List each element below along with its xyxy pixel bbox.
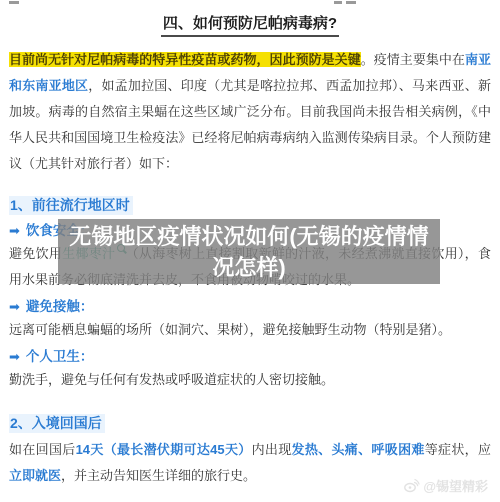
section-1-heading: 1、前往流行地区时	[9, 195, 491, 215]
weibo-icon	[403, 478, 420, 493]
gray-watermark-overlay: 无锡地区疫情状况如何(无锡的疫情情况怎样)	[58, 219, 440, 284]
weibo-handle: @锡望精彩	[423, 476, 488, 495]
weibo-watermark: @锡望精彩	[403, 476, 488, 495]
section-2-heading: 2、入境回国后	[9, 413, 491, 433]
return-text-2: 内出现	[252, 442, 292, 457]
avoid-contact-text: 远离可能栖息蝙蝠的场所（如洞穴、果树），避免接触野生动物（特别是猪）。	[9, 317, 491, 343]
page-title-text: 四、如何预防尼帕病毒病?	[161, 15, 339, 37]
highlighted-key-sentence: 目前尚无针对尼帕病毒的特异性疫苗或药物，因此预防是关键	[9, 52, 361, 67]
symptoms-text: 发热、头痛、呼吸困难	[292, 442, 425, 457]
watermark-overlay-text: 无锡地区疫情状况如何(无锡的疫情情况怎样)	[58, 221, 440, 283]
arrow-right-icon: ➡	[9, 299, 20, 314]
intro-mid-text: 。疫情主要集中在	[361, 52, 465, 67]
intro-paragraph: 目前尚无针对尼帕病毒的特异性疫苗或药物，因此预防是关键。疫情主要集中在南亚和东南…	[9, 47, 491, 177]
page-title: 四、如何预防尼帕病毒病?	[9, 0, 491, 33]
cropped-text-remnant	[346, 1, 356, 4]
return-text-1: 如在回国后	[9, 442, 76, 457]
return-text-3: 等症状，应	[425, 442, 491, 457]
cropped-text-remnant	[334, 1, 342, 4]
section-2-heading-text: 2、入境回国后	[9, 414, 105, 433]
return-text-4: ，并主动告知医生详细的旅行史。	[61, 468, 256, 483]
arrow-right-icon: ➡	[9, 223, 20, 238]
food-safety-before-link: 避免饮用	[9, 246, 62, 261]
bullet-personal-hygiene: ➡个人卫生：	[9, 347, 491, 367]
personal-hygiene-text: 勤洗手，避免与任何有发热或呼吸道症状的人密切接触。	[9, 367, 491, 393]
cropped-text-remnant	[9, 1, 19, 4]
seek-medical-text: 立即就医	[9, 468, 61, 483]
arrow-right-icon: ➡	[9, 349, 20, 364]
incubation-period-text: 14天（最长潜伏期可达45天）	[76, 442, 252, 457]
bullet-avoid-contact-label: 避免接触：	[26, 299, 94, 314]
bullet-avoid-contact: ➡避免接触：	[9, 297, 491, 317]
bullet-personal-hygiene-label: 个人卫生：	[26, 349, 94, 364]
section-1-heading-text: 1、前往流行地区时	[9, 196, 133, 215]
